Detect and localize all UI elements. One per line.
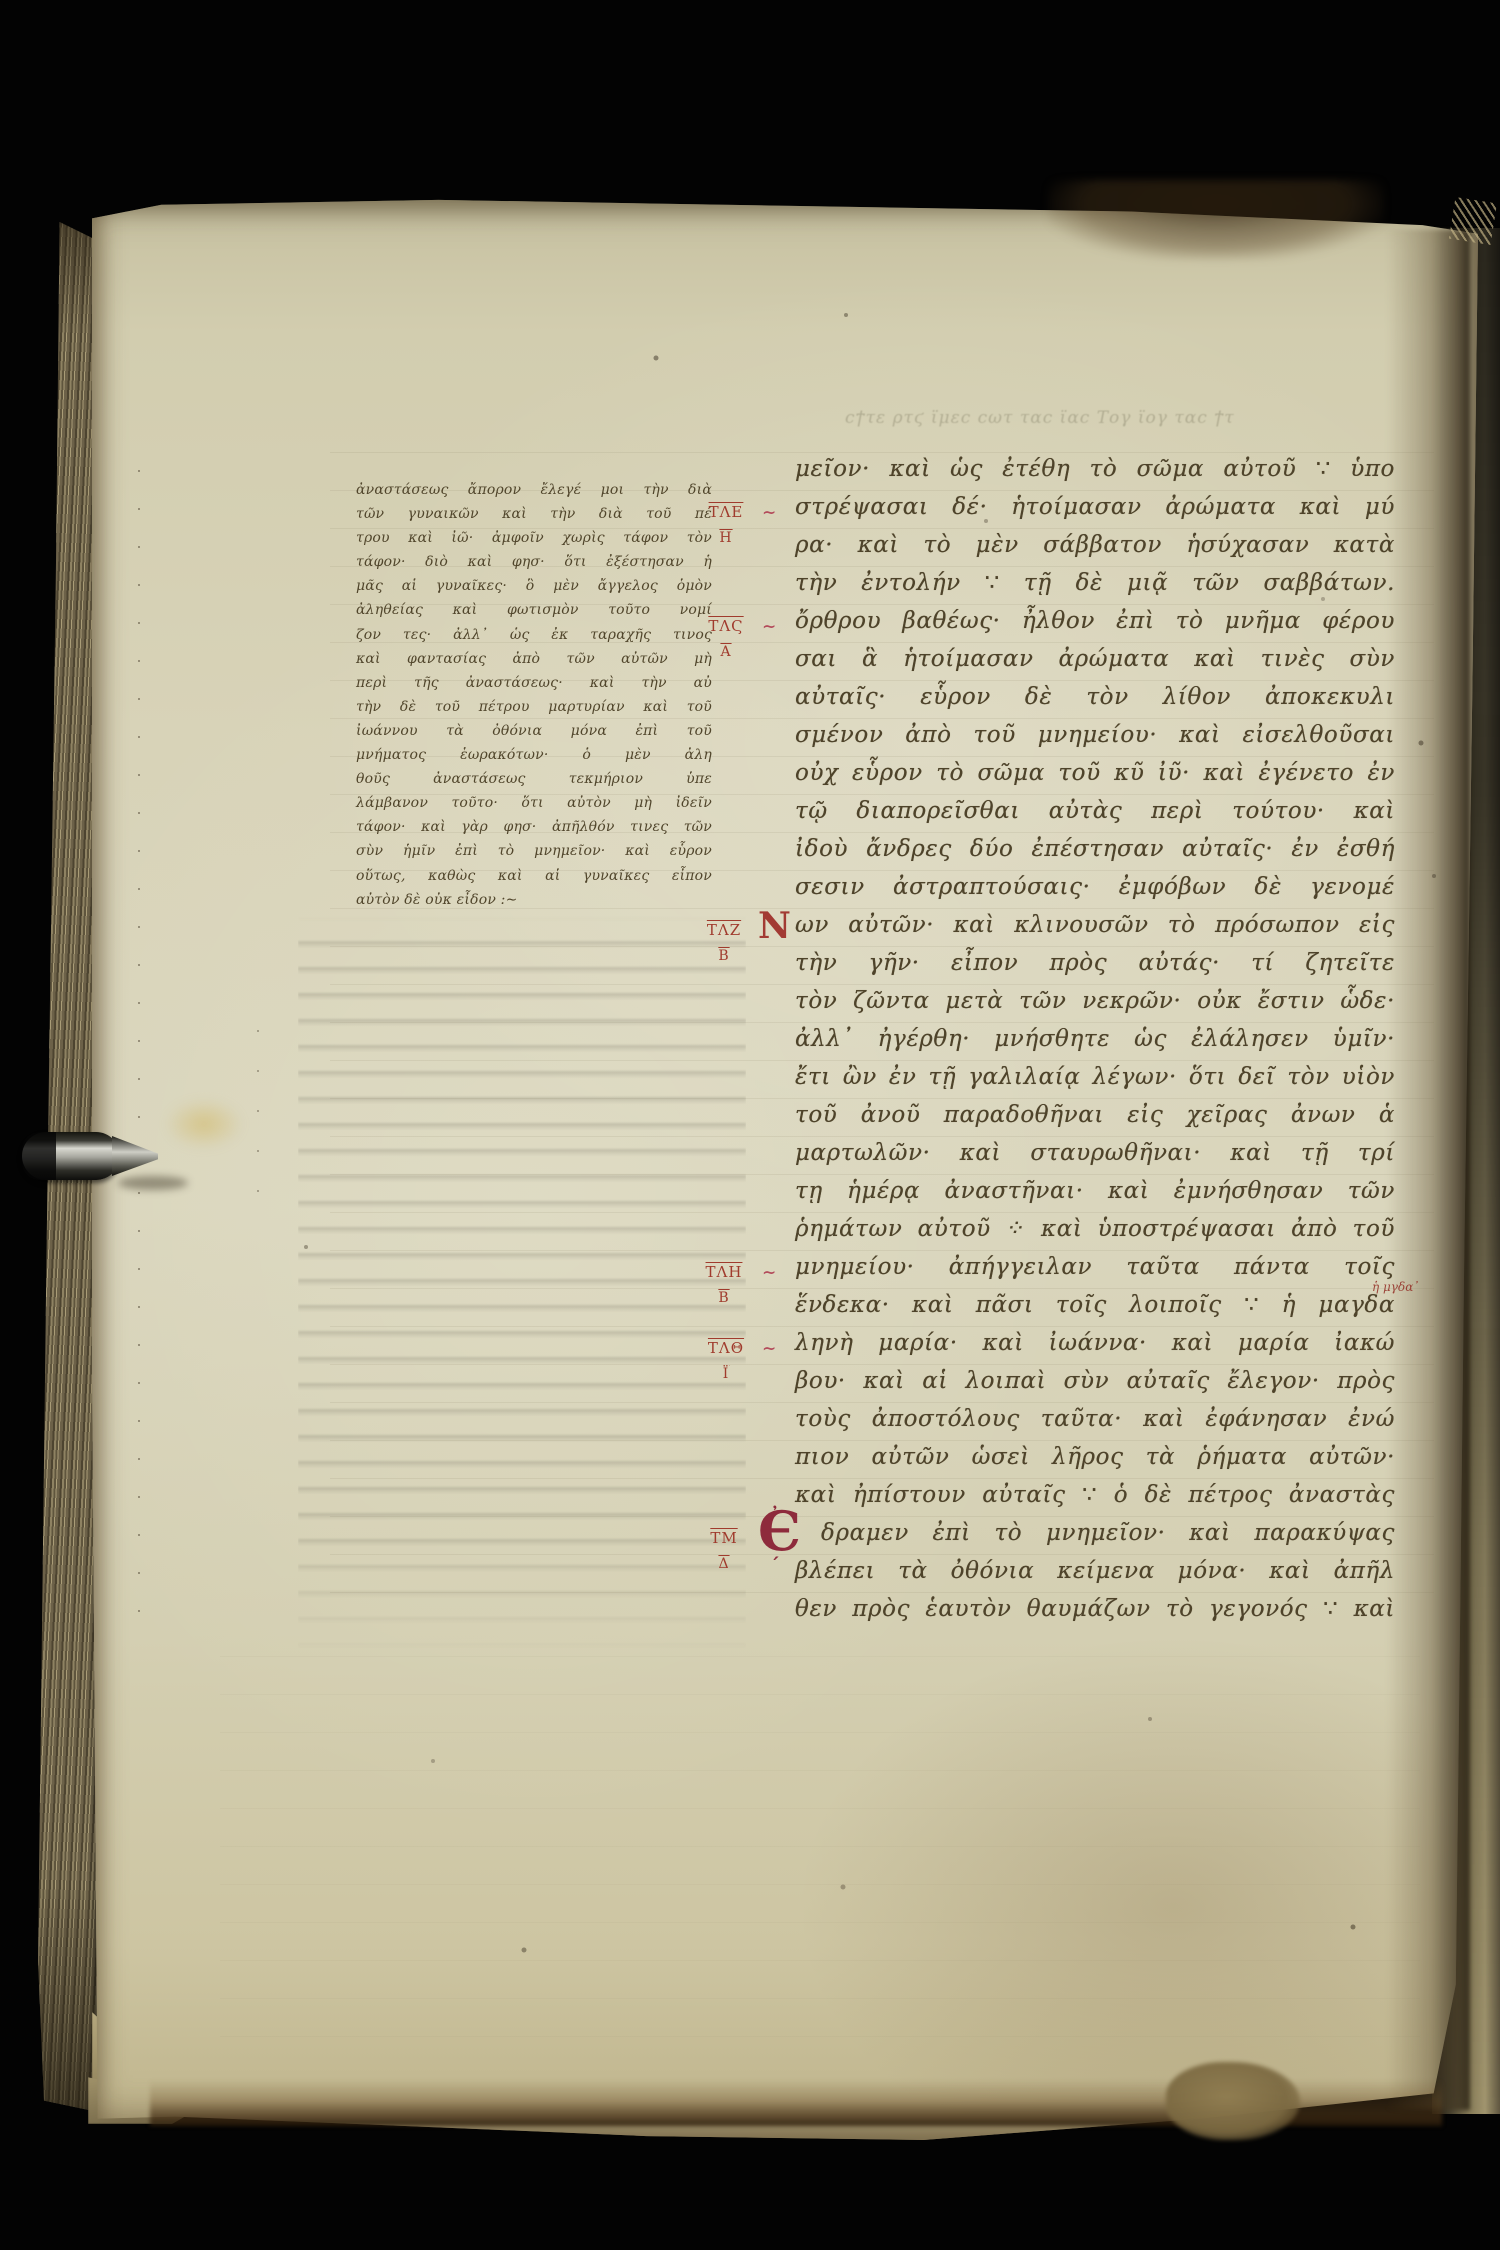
rubricated-initial-nu: Ν: [758, 908, 791, 944]
ruling-lines-lower: [220, 1656, 1420, 2056]
gospel-text-line: ὄρθρου βαθέως· ἦλθον ἐπὶ τὸ μνῆμα φέρου: [795, 602, 1395, 640]
commentary-line: οὕτως, καθὼς καὶ αἱ γυναῖκες εἶπον: [356, 864, 712, 888]
show-through-text: ϲϯτε ρτϛ ϊμεϲ ϲωτ ταϲ ϊαϲ Τογ ϊογ ταϲ ϯτ: [845, 408, 1385, 428]
pricking-holes-column: [138, 470, 140, 1640]
commentary-line: τάφον· διὸ καὶ φησ· ὅτι ἐξέστησαν ἡ: [356, 550, 712, 574]
gospel-text-line: τὸν ζῶντα μετὰ τῶν νεκρῶν· οὐκ ἔστιν ὧδε…: [795, 982, 1395, 1020]
gospel-text-line: τὴν ἐντολήν ∵ τῇ δὲ μιᾷ τῶν σαββάτων.: [795, 564, 1395, 602]
commentary-line: τάφον· καὶ γὰρ φησ· ἀπῆλθόν τινες τῶν: [356, 815, 712, 839]
yellow-stain: [164, 1098, 244, 1150]
section-marker: ΤΛΘ Ϊ: [700, 1341, 752, 1382]
pricking-holes-column: [257, 1030, 259, 1210]
gospel-text-line: μαρτωλῶν· καὶ σταυρωθῆναι· καὶ τῇ τρί: [795, 1134, 1395, 1172]
gospel-text-line: βου· καὶ αἱ λοιπαὶ σὺν αὐταῖς ἔλεγον· πρ…: [795, 1362, 1395, 1400]
gospel-text-line: μεῖον· καὶ ὡς ἐτέθη τὸ σῶμα αὐτοῦ ∵ ὑπο: [795, 450, 1395, 488]
commentary-line: τὴν δὲ τοῦ πέτρου μαρτυρίαν καὶ τοῦ: [356, 695, 712, 719]
rubric-tilde: ∼: [762, 1339, 776, 1359]
gospel-text-line: τῷ διαπορεῖσθαι αὐτὰς περὶ τούτου· καὶ: [795, 792, 1395, 830]
foxing-specks: [0, 0, 2, 2]
gospel-text-line: στρέψασαι δέ· ἡτοίμασαν ἀρώματα καὶ μύ: [795, 488, 1395, 526]
gospel-text-line: τοὺς ἀποστόλους ταῦτα· καὶ ἐφάνησαν ἐνώ: [795, 1400, 1395, 1438]
gospel-text-line: πιον αὐτῶν ὡσεὶ λῆρος τὰ ῥήματα αὐτῶν·: [795, 1438, 1395, 1476]
rubric-tilde: ∼: [762, 1263, 776, 1283]
gospel-text-line: ἔτι ὢν ἐν τῇ γαλιλαίᾳ λέγων· ὅτι δεῖ τὸν…: [795, 1058, 1395, 1096]
gospel-text-column: μεῖον· καὶ ὡς ἐτέθη τὸ σῶμα αὐτοῦ ∵ ὑποσ…: [795, 450, 1395, 1628]
gospel-text-line: ων αὐτῶν· καὶ κλινουσῶν τὸ πρόσωπον εἰς: [795, 906, 1395, 944]
canon-number: Ϊ: [700, 1367, 752, 1382]
clip-shadow: [118, 1176, 188, 1190]
gospel-text-line: μνημείου· ἀπήγγειλαν ταῦτα πάντα τοῖς: [795, 1248, 1395, 1286]
commentary-line: αὐτὸν δὲ οὐκ εἶδον :∼: [356, 888, 712, 912]
commentary-line: ζον τες· ἀλλ᾽ ὡς ἐκ ταραχῆς τινος: [356, 623, 712, 647]
canon-number: Β: [698, 949, 750, 964]
gospel-text-line: ἰδοὺ ἄνδρες δύο ἐπέστησαν αὐταῖς· ἐν ἐσθ…: [795, 830, 1395, 868]
commentary-line: ἰωάννου τὰ ὀθόνια μόνα ἐπὶ τοῦ: [356, 719, 712, 743]
section-marker: ΤΛΖ Β: [698, 923, 750, 964]
gospel-text-line: καὶ ἠπίστουν αὐταῖς ∵ ὁ δὲ πέτρος ἀναστὰ…: [795, 1476, 1395, 1514]
marginal-commentary-column: ἀναστάσεως ἄπορον ἔλεγέ μοι τὴν διὰτῶν γ…: [356, 478, 712, 912]
commentary-line: θοῦς ἀναστάσεως τεκμήριον ὑπε: [356, 767, 712, 791]
red-marginal-gloss: ἡ μγδα᾽: [1372, 1280, 1419, 1294]
section-marker: ΤΛΕ Η: [700, 505, 752, 546]
commentary-line: μᾶς αἱ γυναῖκες· ὃ μὲν ἄγγελος ὁμὸν: [356, 574, 712, 598]
gospel-text-line: τὴν γῆν· εἶπον πρὸς αὐτάς· τί ζητεῖτε: [795, 944, 1395, 982]
canon-number: Η: [700, 531, 752, 546]
top-edge-stain: [1048, 180, 1384, 260]
gospel-text-line: δραμεν ἐπὶ τὸ μνημεῖον· καὶ παρακύψας: [795, 1514, 1395, 1552]
canon-number: Δ: [698, 1557, 750, 1572]
show-through-verso-block: [298, 915, 746, 1663]
commentary-line: σὺν ἡμῖν ἐπὶ τὸ μνημεῖον· καὶ εὗρον: [356, 839, 712, 863]
commentary-line: τῶν γυναικῶν καὶ τὴν διὰ τοῦ πέ: [356, 502, 712, 526]
gospel-text-line: ληνὴ μαρία· καὶ ἰωάννα· καὶ μαρία ἰακώ: [795, 1324, 1395, 1362]
gospel-text-line: οὐχ εὗρον τὸ σῶμα τοῦ κῦ ἰῦ· καὶ ἐγένετο…: [795, 754, 1395, 792]
rubric-tilde: ∼: [762, 617, 776, 637]
gospel-text-line: βλέπει τὰ ὀθόνια κείμενα μόνα· καὶ ἀπῆλ: [795, 1552, 1395, 1590]
commentary-line: περὶ τῆς ἀναστάσεως· καὶ τὴν αὐ: [356, 671, 712, 695]
gospel-text-line: ἕνδεκα· καὶ πᾶσι τοῖς λοιποῖς ∵ ἡ μαγδα: [795, 1286, 1395, 1324]
gospel-text-line: τοῦ ἀνοῦ παραδοθῆναι εἰς χεῖρας ἀνων ἁ: [795, 1096, 1395, 1134]
gospel-text-line: ῥημάτων αὐτοῦ ⁘ καὶ ὑποστρέψασαι ἀπὸ τοῦ: [795, 1210, 1395, 1248]
section-number: ΤΛϚ: [708, 619, 743, 634]
initial-glyph: Є: [758, 1506, 801, 1556]
manuscript-photo: ϲϯτε ρτϛ ϊμεϲ ϲωτ ταϲ ϊαϲ Τογ ϊογ ταϲ ϯτ…: [0, 0, 1500, 2250]
commentary-line: λάμβανον τοῦτο· ὅτι αὐτὸν μὴ ἰδεῖν: [356, 791, 712, 815]
canon-number: Α: [700, 645, 752, 660]
commentary-line: ἀναστάσεως ἄπορον ἔλεγέ μοι τὴν διὰ: [356, 478, 712, 502]
commentary-line: μνήματος ἑωρακότων· ὁ μὲν ἀλη: [356, 743, 712, 767]
gospel-text-line: ἀλλ᾽ ἠγέρθη· μνήσθητε ὡς ἐλάλησεν ὑμῖν·: [795, 1020, 1395, 1058]
canon-number: Β: [698, 1291, 750, 1306]
section-number: ΤΛΘ: [708, 1341, 744, 1356]
gospel-text-line: σεσιν ἀστραπτούσαις· ἐμφόβων δὲ γενομέ: [795, 868, 1395, 906]
bottom-right-stain: [1166, 2062, 1300, 2140]
section-number: ΤΜ: [710, 1531, 737, 1546]
gospel-text-line: σαι ἃ ἡτοίμασαν ἀρώματα καὶ τινὲς σὺν: [795, 640, 1395, 678]
section-marker: ΤΜ Δ: [698, 1531, 750, 1572]
section-number: ΤΛΖ: [707, 923, 741, 938]
corner-fray: [1449, 197, 1497, 245]
section-marker: ΤΛΗ Β: [698, 1265, 750, 1306]
gospel-text-line: σμένον ἀπὸ τοῦ μνημείου· καὶ εἰσελθοῦσαι: [795, 716, 1395, 754]
gospel-text-line: τῃ ἡμέρᾳ ἀναστῆναι· καὶ ἐμνήσθησαν τῶν: [795, 1172, 1395, 1210]
section-marker: ΤΛϚ Α: [700, 619, 752, 660]
section-number: ΤΛΗ: [706, 1265, 743, 1280]
gospel-text-line: αὐταῖς· εὗρον δὲ τὸν λίθον ἀποκεκυλι: [795, 678, 1395, 716]
commentary-line: καὶ φαντασίας ἀπὸ τῶν αὐτῶν μὴ: [356, 647, 712, 671]
gospel-text-line: ρα· καὶ τὸ μὲν σάββατον ἡσύχασαν κατὰ: [795, 526, 1395, 564]
page-holder-clip-band: [22, 1132, 56, 1180]
gospel-text-line: θεν πρὸς ἑαυτὸν θαυμάζων τὸ γεγονός ∵ κα…: [795, 1590, 1395, 1628]
section-number: ΤΛΕ: [709, 505, 744, 520]
commentary-line: τρου καὶ ἰῶ· ἀμφοῖν χωρὶς τάφον τὸν: [356, 526, 712, 550]
rubric-tilde: ∼: [762, 503, 776, 523]
commentary-line: ἀληθείας καὶ φωτισμὸν τοῦτο νομί: [356, 598, 712, 622]
